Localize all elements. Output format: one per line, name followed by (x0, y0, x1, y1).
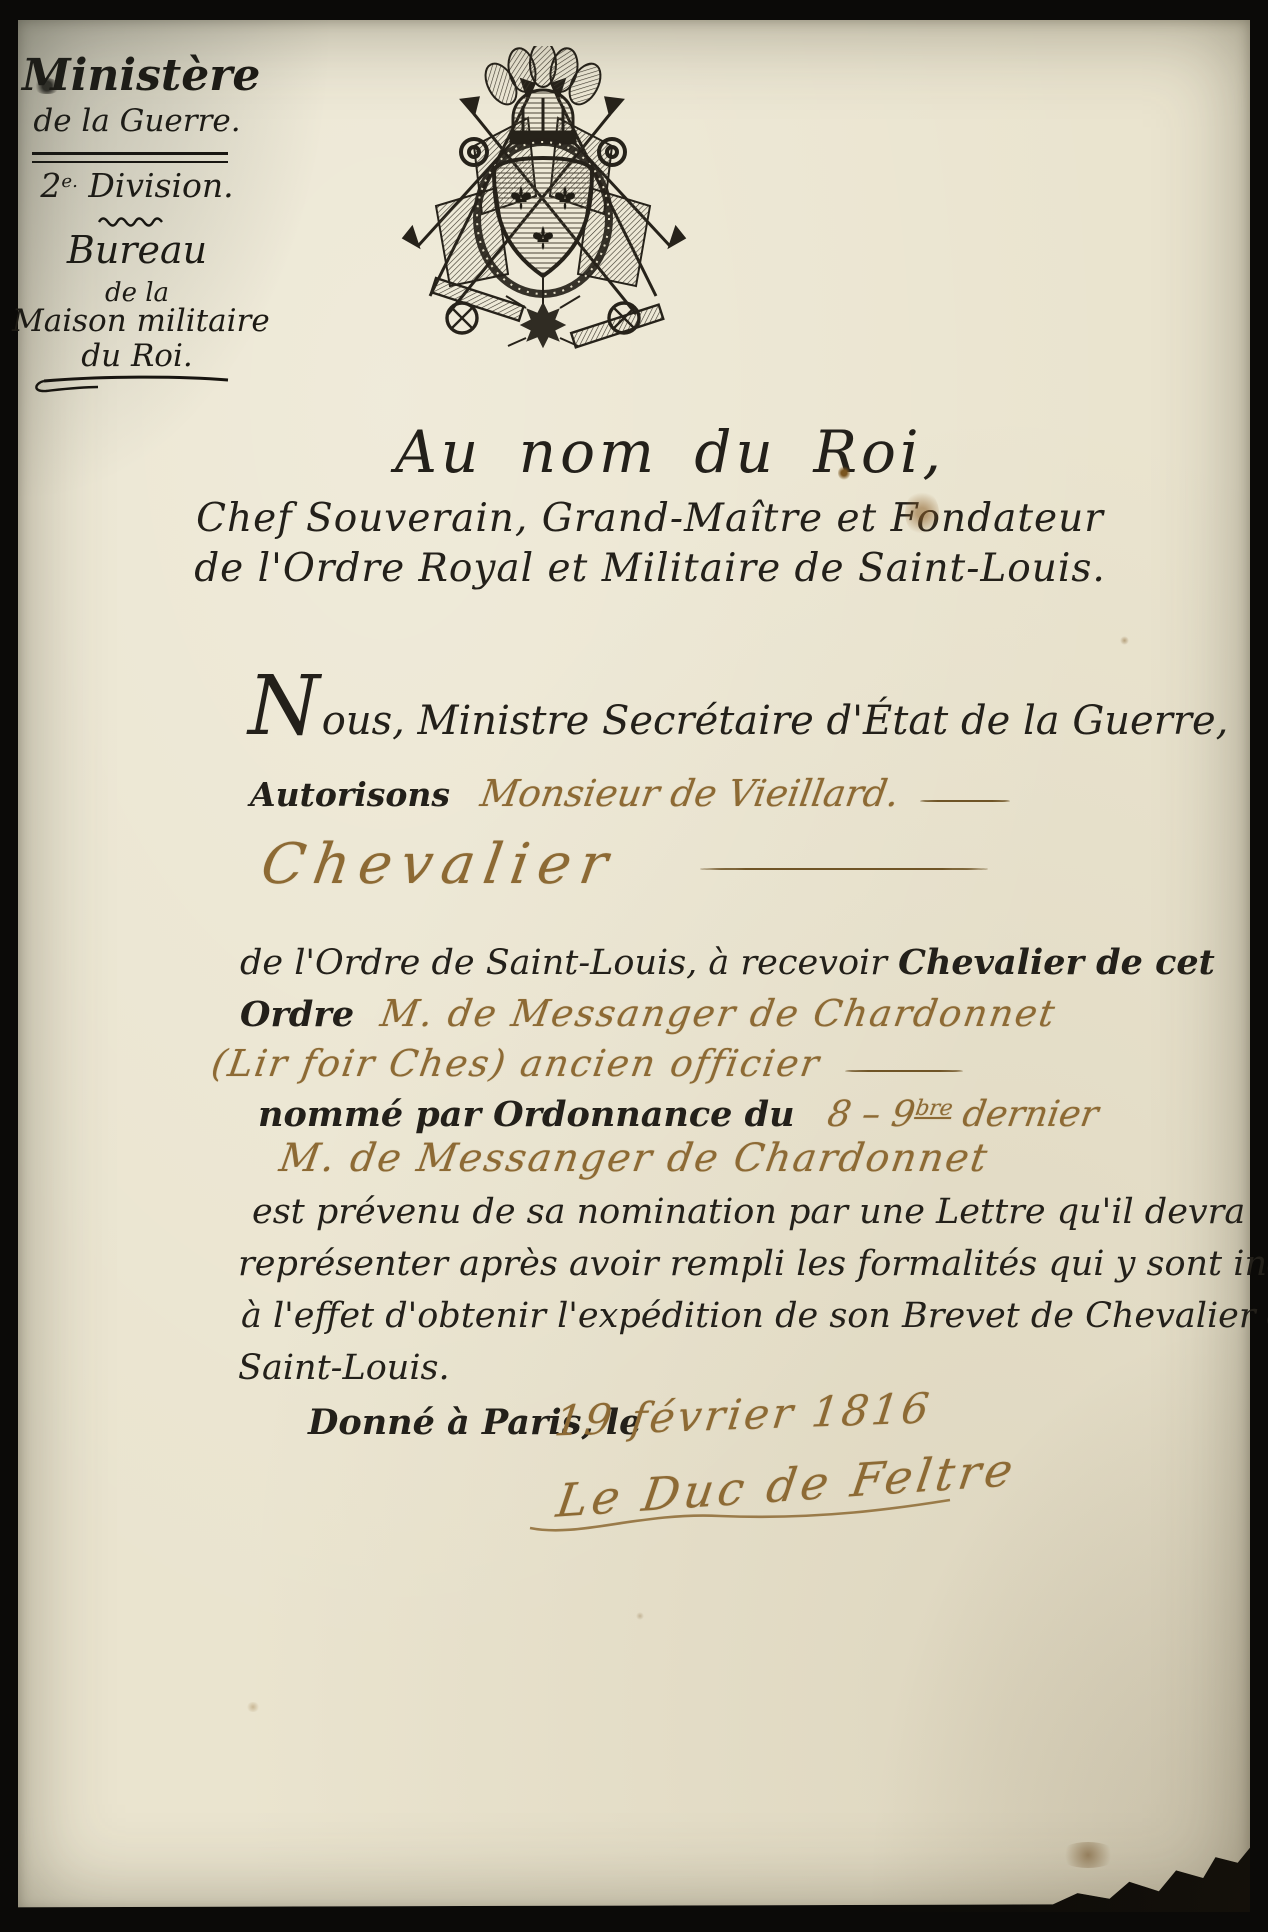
subtitle-line1: Chef Souverain, Grand-Maître et Fondateu… (140, 496, 1160, 541)
fill-in-rule (845, 1070, 963, 1072)
recipient-handwriting: Monsieur de Vieillard. (478, 772, 903, 815)
scanned-document-photo: { "palette": { "background": "#0b0a08", … (0, 0, 1268, 1932)
order-clause-a: de l'Ordre de Saint-Louis, à recevoir (240, 943, 898, 983)
flourish-divider (30, 372, 235, 394)
letterhead-ministry: Ministère (22, 50, 252, 101)
signature-flourish (520, 1498, 960, 1538)
qualification-handwriting: (Lir foir Ches) ancien officier (209, 1042, 824, 1085)
opening-line: Nous, Ministre Secrétaire d'État de la G… (248, 678, 1228, 744)
division-number: 2 (40, 166, 61, 205)
notice-line4: Saint-Louis. (238, 1348, 450, 1388)
order-clause-b: Chevalier de cet (898, 942, 1215, 983)
nominee-handwriting: M. de Messanger de Chardonnet (378, 992, 1060, 1035)
division-sup: e. (61, 171, 78, 192)
letterhead-bureau-sub2: Maison militaire (12, 303, 262, 339)
letterhead-bureau: Bureau (22, 228, 252, 272)
letterhead-division: 2e. Division. (22, 166, 252, 205)
ordinance-month-sup: bre (913, 1096, 954, 1121)
rank-handwriting: Chevalier (257, 832, 621, 897)
authorize-label: Autorisons (250, 775, 450, 814)
ordinance-rest: dernier (948, 1094, 1101, 1135)
qualification-line: (Lir foir Ches) ancien officier (212, 1042, 963, 1085)
nominee-line: Ordre M. de Messanger de Chardonnet (240, 992, 1056, 1035)
nominee-repeat-handwriting: M. de Messanger de Chardonnet (276, 1136, 992, 1181)
notice-line3: à l'effet d'obtenir l'expédition de son … (241, 1296, 1268, 1336)
ordinance-date-handwriting: 8 – 9bre dernier (824, 1094, 1100, 1135)
fill-in-rule (920, 800, 1010, 802)
ordinance-month: 9 (888, 1094, 917, 1135)
appointed-label: nommé par Ordonnance du (258, 1094, 795, 1135)
wavy-divider (96, 214, 172, 228)
order-clause-line: de l'Ordre de Saint-Louis, à recevoir Ch… (240, 942, 1215, 983)
letterhead-bureau-sub3: du Roi. (22, 338, 252, 374)
notice-line1: est prévenu de sa nomination par une Let… (252, 1192, 1245, 1232)
subtitle-line2: de l'Ordre Royal et Militaire de Saint-L… (140, 546, 1160, 591)
royal-coat-of-arms-icon (378, 46, 708, 351)
letterhead-divider (32, 152, 228, 163)
invocation-title: Au nom du Roi, (180, 418, 1160, 486)
division-label: Division. (78, 166, 234, 205)
order-word: Ordre (240, 994, 354, 1035)
fill-in-rule (700, 868, 988, 870)
notice-line2: représenter après avoir rempli les forma… (238, 1244, 1268, 1284)
authorize-line: Autorisons Monsieur de Vieillard. (250, 772, 1010, 815)
ordinance-day: 8 – (824, 1094, 883, 1135)
letterhead-ministry-sub: de la Guerre. (22, 103, 252, 139)
ordinance-line: nommé par Ordonnance du 8 – 9bre dernier (258, 1094, 1098, 1135)
